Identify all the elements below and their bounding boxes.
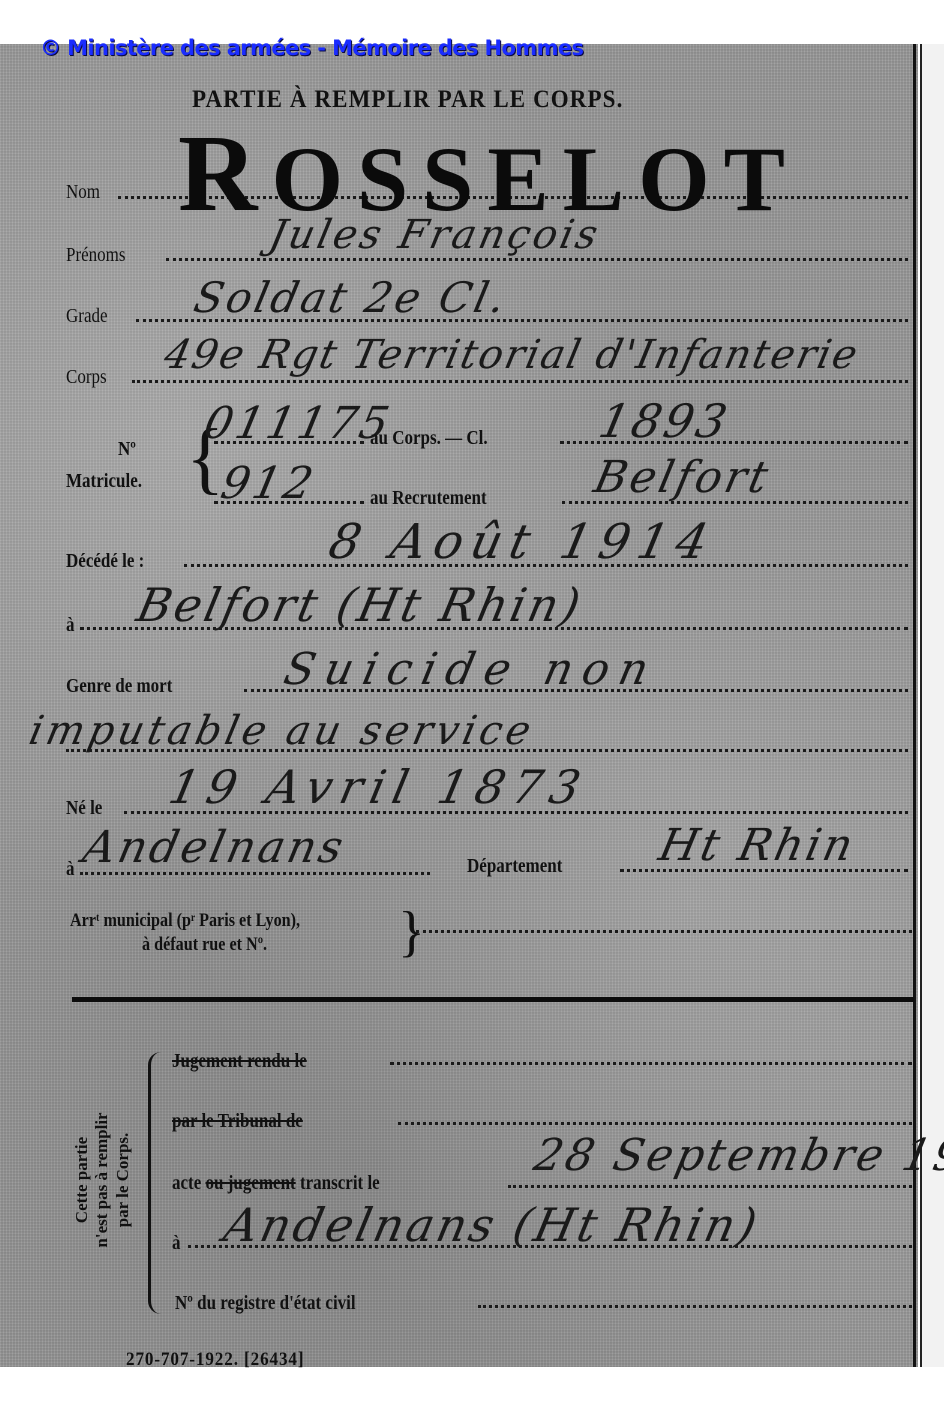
brace (148, 1052, 161, 1314)
value-matricule-au-corps: 011175 (200, 398, 397, 449)
copyright-watermark: © Ministère des armées - Mémoire des Hom… (40, 36, 583, 60)
value-decede-a: Belfort (Ht Rhin) (132, 578, 588, 632)
label-ne-a: à (66, 858, 75, 881)
label-ne-le: Né le (66, 797, 102, 820)
value-decede-le: 8 Août 1914 (324, 514, 721, 570)
field-line-prenoms (166, 258, 908, 261)
label-arr-municipal-1: Arrᵗ municipal (pʳ Paris et Lyon), (70, 910, 300, 932)
value-prenoms: Jules François (265, 212, 605, 258)
label-corps: Corps (66, 366, 107, 389)
value-genre-de-mort-1: Suicide non (280, 644, 663, 695)
value-matricule-recrutement: 912 (217, 458, 321, 509)
field-line-jugement-rendu (390, 1062, 912, 1065)
label-grade: Grade (66, 305, 108, 328)
label-transcrit-a: à (172, 1232, 181, 1255)
value-departement: Ht Rhin (655, 820, 861, 871)
form-heading: PARTIE À REMPLIR PAR LE CORPS. (192, 86, 623, 114)
value-ne-le: 19 Avril 1873 (164, 760, 593, 814)
label-jugement-rendu: Jugement rendu le (172, 1050, 307, 1073)
label-acte-transcrit: acte ou jugement transcrit le (172, 1172, 380, 1195)
label-no-registre: Nº du registre d'état civil (175, 1292, 356, 1315)
value-transcrit-le: 28 Septembre 1922 (530, 1130, 944, 1181)
label-decede-a: à (66, 614, 75, 637)
print-code: 270-707-1922. [26434] (126, 1349, 304, 1371)
side-note-line: Cette partie (72, 1070, 92, 1290)
label-prenoms: Prénoms (66, 244, 126, 267)
value-genre-de-mort-2: imputable au service (25, 708, 539, 754)
field-line-no-registre (478, 1305, 912, 1308)
label-genre-de-mort: Genre de mort (66, 675, 172, 698)
field-line-arr-municipal (416, 930, 912, 933)
label-au-recrutement: au Recrutement (370, 487, 487, 510)
label-departement: Département (467, 855, 562, 878)
field-line-transcrit-le (508, 1185, 912, 1188)
value-ne-a: Andelnans (79, 822, 351, 873)
value-recrutement: Belfort (590, 452, 776, 503)
value-corps: 49e Rgt Territorial d'Infanterie (160, 332, 863, 378)
acte-prefix: acte (172, 1172, 201, 1194)
section-divider (72, 997, 914, 1002)
value-transcrit-a: Andelnans (Ht Rhin) (219, 1198, 764, 1252)
side-note-line: n'est pas à remplir (92, 1070, 112, 1290)
value-grade: Soldat 2e Cl. (190, 273, 513, 322)
label-par-le-tribunal: par le Tribunal de (172, 1110, 303, 1133)
label-decede-le: Décédé le : (66, 550, 144, 573)
field-line-corps (132, 380, 908, 383)
label-matricule: Matricule. (66, 470, 142, 493)
acte-suffix: transcrit le (300, 1172, 380, 1194)
value-classe: 1893 (594, 394, 735, 448)
acte-struck: ou jugement (206, 1172, 296, 1194)
field-line-tribunal (398, 1122, 912, 1125)
label-arr-municipal-2: à défaut rue et Nº. (142, 934, 267, 956)
label-au-corps-classe: au Corps. — Cl. (370, 427, 488, 450)
label-nom: Nom (66, 181, 100, 204)
label-no: Nº (118, 438, 136, 461)
side-note-line: par le Corps. (113, 1070, 133, 1290)
